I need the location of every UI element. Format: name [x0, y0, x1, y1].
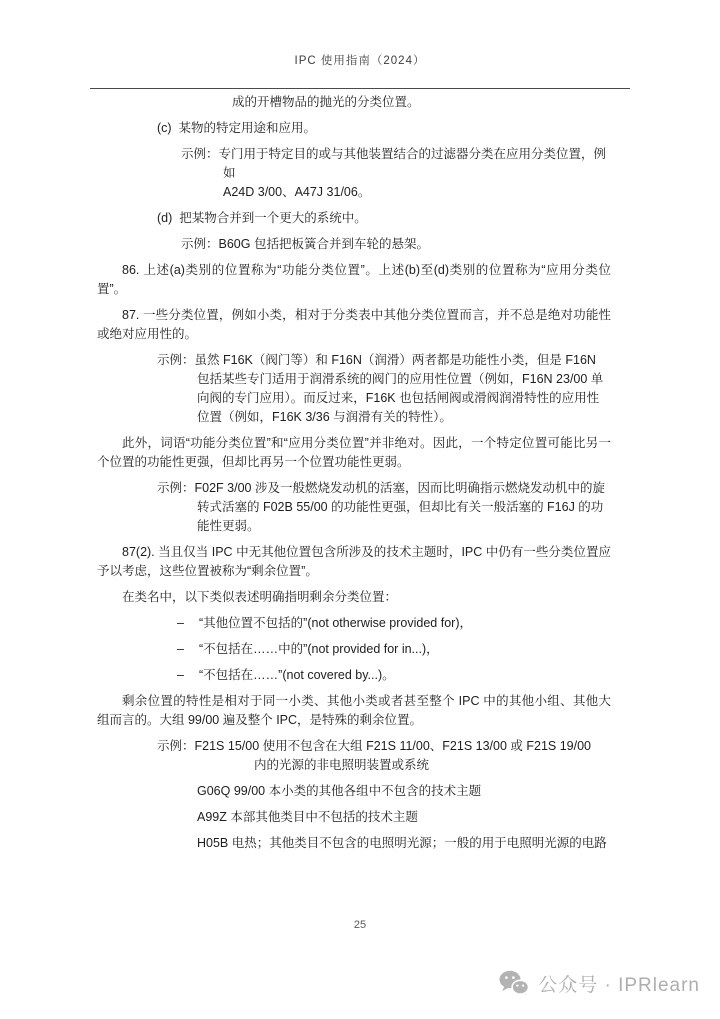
- example-filter-line1: 专门用于特定目的或与其他装置结合的过滤器分类在应用分类位置，例如: [219, 147, 607, 180]
- example-f02f: 示例：F02F 3/00 涉及一般燃烧发动机的活塞，因而比明确指示燃烧发动机中的…: [97, 479, 611, 536]
- bullet-not-otherwise-provided: –“其他位置不包括的”(not otherwise provided for)，: [97, 614, 611, 633]
- item-d-marker: (d): [157, 211, 172, 225]
- example-label: 示例：: [157, 353, 195, 367]
- example-label: 示例：: [181, 237, 219, 251]
- example-b60g-text: B60G 包括把板簧合并到车轮的悬架。: [219, 237, 429, 251]
- bullet-text: “不包括在……”(not covered by...)。: [199, 668, 395, 682]
- header-rule: [90, 88, 630, 89]
- para-86: 86. 上述(a)类别的位置称为“功能分类位置”。上述(b)至(d)类别的位置称…: [97, 261, 611, 299]
- example-label: 示例：: [181, 147, 219, 161]
- example-f21s: 示例：F21S 15/00 使用不包含在大组 F21S 11/00、F21S 1…: [97, 737, 611, 775]
- item-c: (c) 某物的特定用途和应用。: [97, 119, 611, 138]
- para-residual-intro: 在类名中，以下类似表述明确指明剩余分类位置：: [97, 588, 611, 607]
- bullet-dash: –: [177, 614, 199, 633]
- continuation-line: 成的开槽物品的抛光的分类位置。: [97, 93, 611, 112]
- page-number: 25: [0, 919, 720, 931]
- para-87: 87. 一些分类位置，例如小类，相对于分类表中其他分类位置而言，并不总是绝对功能…: [97, 306, 611, 344]
- item-d: (d) 把某物合并到一个更大的系统中。: [97, 209, 611, 228]
- para-functional-relative: 此外，词语“功能分类位置”和“应用分类位置”并非绝对。因此，一个特定位置可能比另…: [97, 434, 611, 472]
- example-f16k-text: 虽然 F16K（阀门等）和 F16N（润滑）两者都是功能性小类，但是 F16N …: [195, 353, 604, 424]
- example-h05b: H05B 电热；其他类目不包含的电照明光源；一般的用于电照明光源的电路: [97, 834, 611, 853]
- item-d-text: 把某物合并到一个更大的系统中。: [179, 211, 367, 225]
- example-a99z: A99Z 本部其他类目中不包括的技术主题: [97, 808, 611, 827]
- example-label: 示例：: [157, 481, 195, 495]
- bullet-text: “不包括在……中的”(not provided for in...)，: [199, 642, 439, 656]
- page-header-title: IPC 使用指南（2024）: [0, 52, 720, 68]
- bullet-text: “其他位置不包括的”(not otherwise provided for)，: [199, 616, 472, 630]
- bullet-dash: –: [177, 640, 199, 659]
- bullet-dash: –: [177, 666, 199, 685]
- example-f02f-text: F02F 3/00 涉及一般燃烧发动机的活塞，因而比明确指示燃烧发动机中的旋转式…: [195, 481, 605, 533]
- wechat-icon: [499, 970, 529, 997]
- document-body: 成的开槽物品的抛光的分类位置。 (c) 某物的特定用途和应用。 示例：专门用于特…: [97, 93, 611, 853]
- example-f16k: 示例：虽然 F16K（阀门等）和 F16N（润滑）两者都是功能性小类，但是 F1…: [97, 351, 611, 427]
- example-b60g: 示例：B60G 包括把板簧合并到车轮的悬架。: [97, 235, 611, 254]
- example-f21s-line2: 内的光源的非电照明装置或系统: [254, 756, 611, 775]
- bullet-not-provided-for-in: –“不包括在……中的”(not provided for in...)，: [97, 640, 611, 659]
- bullet-not-covered-by: –“不包括在……”(not covered by...)。: [97, 666, 611, 685]
- example-f21s-line1: F21S 15/00 使用不包含在大组 F21S 11/00、F21S 13/0…: [195, 739, 592, 753]
- watermark-text: 公众号 · IPRlearn: [538, 970, 700, 997]
- example-g06q: G06Q 99/00 本小类的其他各组中不包含的技术主题: [97, 782, 611, 801]
- item-c-marker: (c): [157, 121, 172, 135]
- item-c-text: 某物的特定用途和应用。: [179, 121, 317, 135]
- watermark: 公众号 · IPRlearn: [499, 970, 700, 997]
- example-label: 示例：: [157, 739, 195, 753]
- para-residual-nature: 剩余位置的特性是相对于同一小类、其他小类或者甚至整个 IPC 中的其他小组、其他…: [97, 692, 611, 730]
- example-filter-line2: A24D 3/00、A47J 31/06。: [223, 183, 611, 202]
- para-87-2: 87(2). 当且仅当 IPC 中无其他位置包含所涉及的技术主题时，IPC 中仍…: [97, 543, 611, 581]
- example-filter-classification: 示例：专门用于特定目的或与其他装置结合的过滤器分类在应用分类位置，例如 A24D…: [97, 145, 611, 202]
